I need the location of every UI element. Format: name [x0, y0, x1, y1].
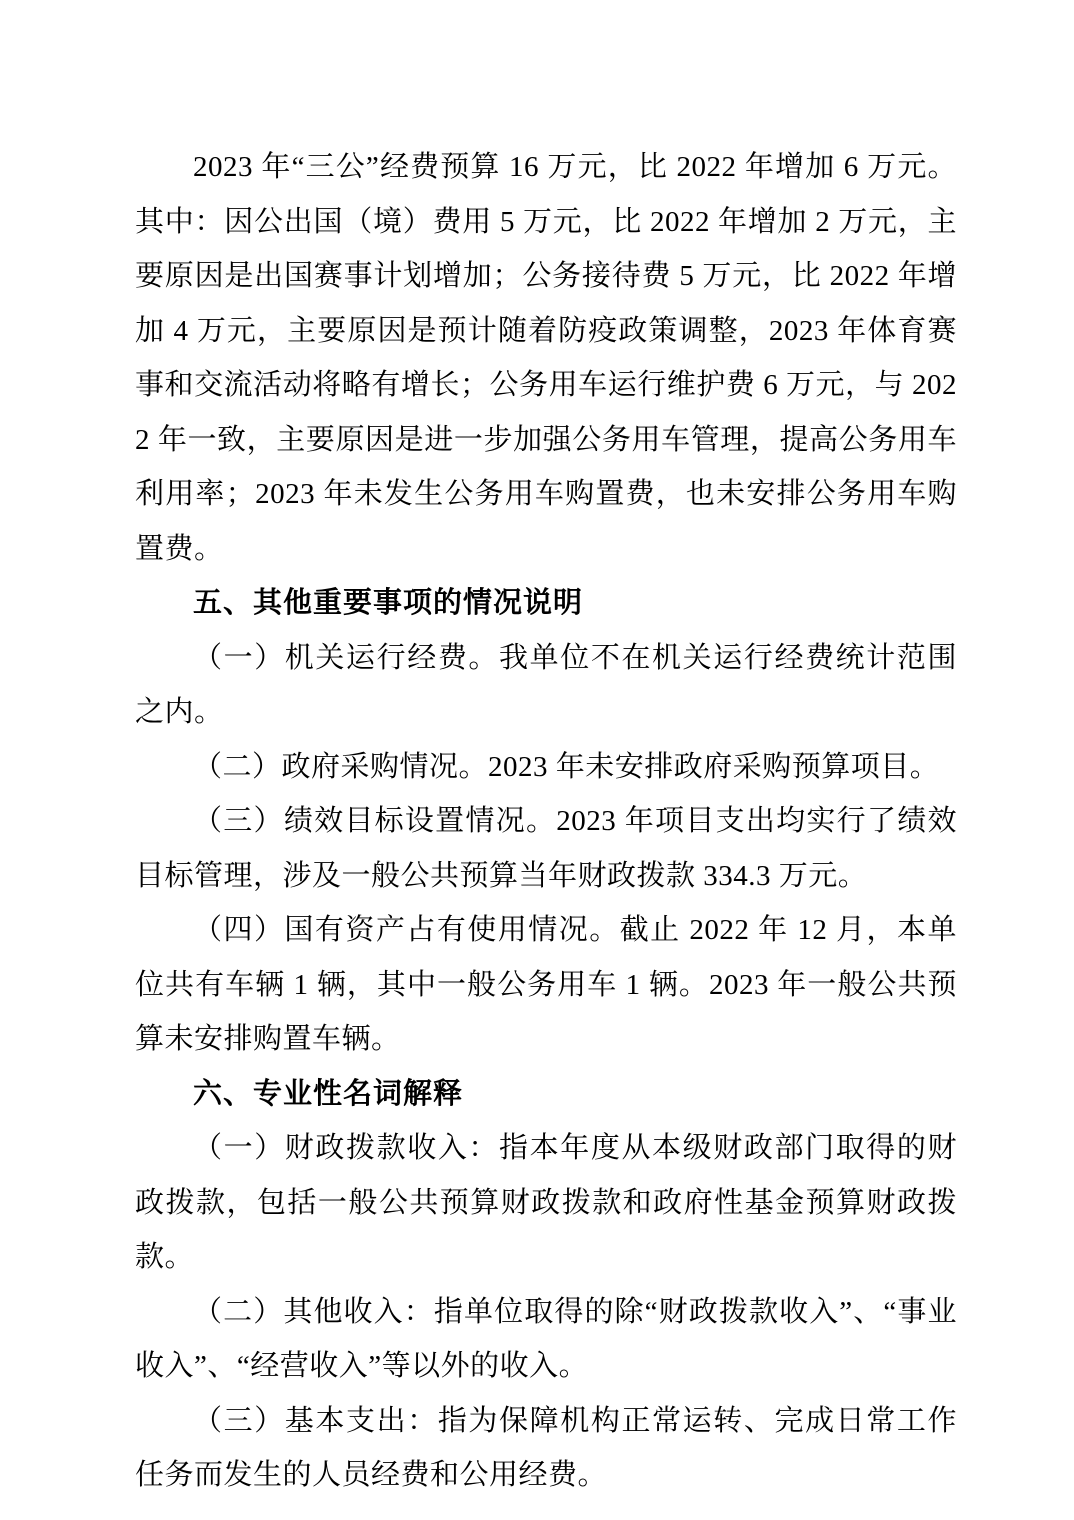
heading-section-5-other-important-matters: 五、其他重要事项的情况说明: [135, 576, 957, 631]
paragraph-5-1-agency-operating-expenses: （一）机关运行经费。我单位不在机关运行经费统计范围之内。: [135, 631, 957, 740]
paragraph-6-1-fiscal-appropriation-income: （一）财政拨款收入：指本年度从本级财政部门取得的财政拨款，包括一般公共预算财政拨…: [135, 1121, 957, 1285]
paragraph-sangong-budget-summary: 2023 年“三公”经费预算 16 万元，比 2022 年增加 6 万元。其中：…: [135, 140, 957, 576]
document-body: 2023 年“三公”经费预算 16 万元，比 2022 年增加 6 万元。其中：…: [135, 140, 957, 1503]
heading-section-6-terminology: 六、专业性名词解释: [135, 1067, 957, 1122]
paragraph-5-3-performance-targets: （三）绩效目标设置情况。2023 年项目支出均实行了绩效目标管理，涉及一般公共预…: [135, 794, 957, 903]
paragraph-6-3-basic-expenditure: （三）基本支出：指为保障机构正常运转、完成日常工作任务而发生的人员经费和公用经费…: [135, 1394, 957, 1503]
paragraph-5-2-government-procurement: （二）政府采购情况。2023 年未安排政府采购预算项目。: [135, 740, 957, 795]
document-page: 2023 年“三公”经费预算 16 万元，比 2022 年增加 6 万元。其中：…: [0, 0, 1074, 1520]
paragraph-6-2-other-income: （二）其他收入：指单位取得的除“财政拨款收入”、“事业收入”、“经营收入”等以外…: [135, 1285, 957, 1394]
paragraph-5-4-state-owned-assets: （四）国有资产占有使用情况。截止 2022 年 12 月，本单位共有车辆 1 辆…: [135, 903, 957, 1067]
